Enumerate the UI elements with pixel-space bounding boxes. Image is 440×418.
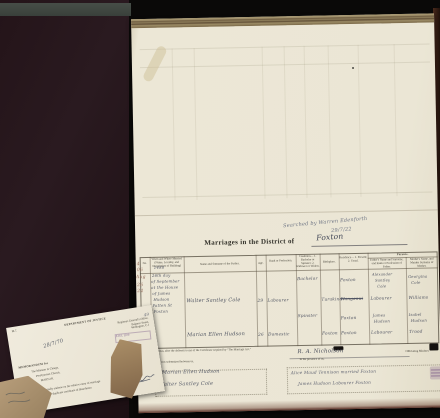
when-where-entry: of September	[151, 278, 180, 284]
memo-hand-date: 28/7/70	[43, 338, 65, 350]
when-where-entry: Hudson	[153, 297, 169, 302]
groom-father-rank: Labourer	[370, 295, 391, 300]
faint-grid-line	[304, 46, 308, 198]
faint-grid-line	[358, 45, 362, 197]
when-where-entry: 1488	[154, 265, 165, 270]
groom-condition: Bachelor	[297, 276, 318, 281]
ink-speck	[352, 67, 354, 69]
when-where-entry: 26th day	[152, 273, 171, 278]
groom-mother-name: Cole	[411, 280, 421, 285]
faint-grid-line	[172, 48, 176, 200]
col-header-age: Age.	[256, 262, 266, 269]
margin-note: 24	[137, 289, 143, 294]
margin-note: 06	[137, 268, 143, 273]
groom-name: Walter Santley Cole	[186, 297, 240, 304]
bride-residence-present: Foxton	[341, 315, 357, 320]
bride-father-name: James	[373, 312, 386, 317]
faint-grid-line	[394, 44, 398, 196]
margin-note: Aug	[136, 275, 146, 280]
paper-smudge	[142, 45, 168, 83]
bride-age: 26	[258, 332, 264, 337]
groom-birthplace: Turakina	[321, 296, 342, 301]
bride-rank: Domestic	[268, 331, 290, 336]
groom-father-name: Santley	[375, 278, 390, 282]
groom-rank: Labourer	[267, 297, 288, 302]
register-page: Searched by Warren Edenforth 29/7/22 Mar…	[131, 13, 440, 413]
faint-grid-line	[328, 45, 332, 197]
col-header-birthplace: Birthplace.	[320, 260, 339, 267]
district-underline	[311, 244, 407, 247]
margin-note: 26	[137, 283, 143, 288]
purple-stamp	[430, 366, 440, 379]
when-where-entry: at the House	[151, 284, 178, 290]
groom-father-name: Cole	[377, 284, 386, 288]
groom-residence-usual: Wanganui	[340, 296, 363, 301]
bride-name: Marian Ellen Hudson	[187, 331, 245, 338]
certificate-heading: Marriages in the District of	[204, 237, 294, 247]
bride-mother-maiden: Trood	[409, 329, 423, 334]
margin-note: 4	[137, 262, 140, 267]
solemnized-label: Marriage was solemnized between us,	[150, 359, 242, 368]
when-where-entry: Foxton	[154, 309, 168, 314]
page-crease	[135, 209, 438, 216]
bride-signature: Marian Ellen Hudson	[162, 369, 220, 376]
faint-grid-line	[262, 47, 266, 199]
memo-ref: M.7.	[12, 327, 33, 337]
col-header-names: Name and Surname of the Parties.	[184, 262, 256, 270]
when-where-entry: Patten St	[152, 303, 172, 308]
bride-mother-name: Hudson	[411, 318, 427, 323]
bride-father-name: Hudson	[374, 318, 390, 323]
col-header-residence: Residence— 1. Present; 2. Usual.	[339, 256, 368, 270]
col-header-rank: Rank or Profession.	[266, 259, 296, 266]
bride-father-rank: Labourer	[371, 329, 392, 334]
bride-birthplace: Foxton	[322, 330, 338, 335]
groom-father-name: Alexander	[372, 272, 392, 276]
bride-residence-usual: Foxton	[341, 330, 357, 335]
groom-signature: Walter Santley Cole	[159, 381, 213, 388]
groom-mother-name: Georgina	[408, 274, 427, 279]
when-where-entry: of James	[152, 291, 170, 296]
faint-grid-line	[284, 46, 288, 198]
officiating-minister-label: Officiating Minister.	[405, 349, 439, 356]
ink-blot	[429, 343, 438, 350]
page-stack-edge	[131, 13, 434, 28]
bride-condition: Spinster	[298, 313, 318, 318]
minister-signature: R. A. Nicholson	[297, 348, 343, 355]
groom-residence-present: Foxton	[340, 277, 356, 282]
page-bottom-edge	[138, 397, 440, 413]
groom-mother-maiden: Williams	[408, 295, 428, 300]
presence-label: In the presence of us,	[300, 357, 362, 365]
district-name: Foxton	[316, 232, 344, 243]
groom-age: 29	[257, 298, 263, 303]
cover-top-edge	[0, 3, 131, 16]
faint-grid-line	[194, 48, 198, 200]
bride-mother-name: Isabel	[409, 312, 422, 317]
search-annotation: Searched by Warren Edenforth	[283, 216, 368, 229]
